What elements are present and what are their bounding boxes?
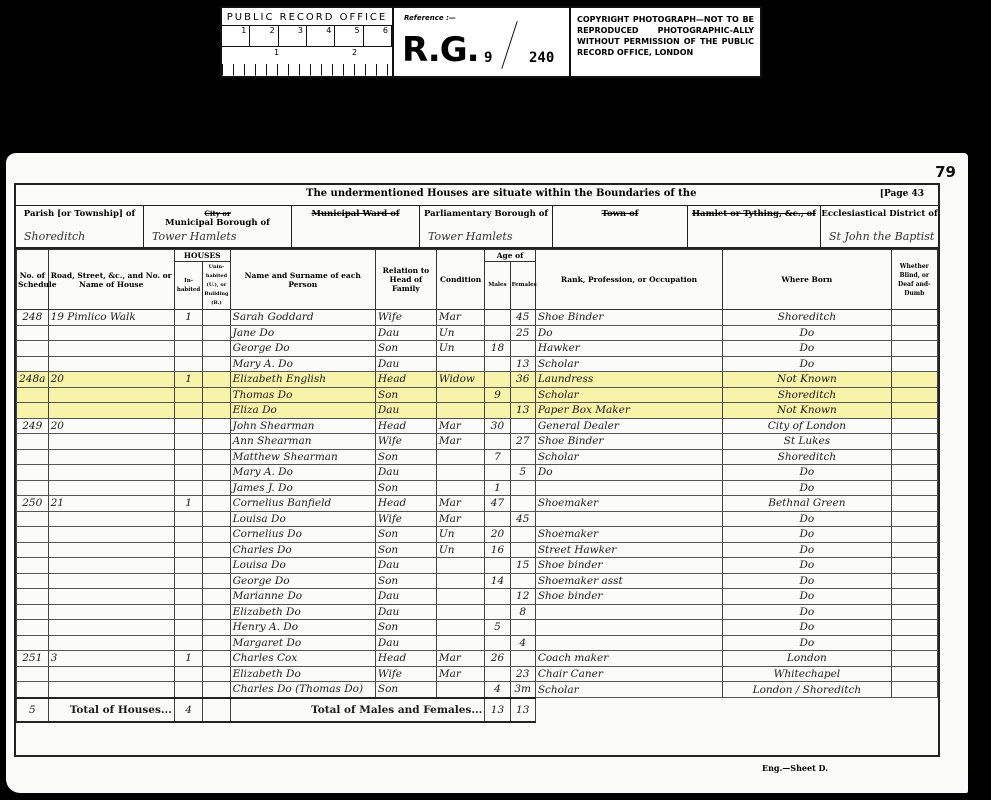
cell-relation: Dau bbox=[375, 558, 436, 574]
cell-schedule: 249 bbox=[17, 418, 49, 434]
cell-address bbox=[48, 387, 174, 403]
cell-schedule: 248 bbox=[17, 310, 49, 326]
table-row: Mary A. DoDau5DoDo bbox=[17, 465, 938, 481]
cell-schedule bbox=[17, 635, 49, 651]
cell-name: Mary A. Do bbox=[230, 356, 375, 372]
cell-born: Do bbox=[723, 341, 891, 357]
cell-blind bbox=[891, 480, 937, 496]
reference-series: R.G. bbox=[402, 30, 479, 70]
cell-name: Sarah Goddard bbox=[230, 310, 375, 326]
cell-address bbox=[48, 527, 174, 543]
table-row: Jane DoDauUn25DoDo bbox=[17, 325, 938, 341]
cell-relation: Dau bbox=[375, 465, 436, 481]
ruler-mark: 5 bbox=[335, 26, 363, 46]
reference-piece-2: 240 bbox=[529, 50, 554, 66]
cell-address bbox=[48, 449, 174, 465]
cell-blind bbox=[891, 403, 937, 419]
cell-occupation bbox=[535, 511, 722, 527]
ruler-mark: 3 bbox=[279, 26, 307, 46]
cell-occupation: Scholar bbox=[535, 449, 722, 465]
cell-blind bbox=[891, 310, 937, 326]
cell-blind bbox=[891, 635, 937, 651]
cell-address bbox=[48, 589, 174, 605]
cell-schedule bbox=[17, 480, 49, 496]
division-parish: Parish [or Township] of Shoreditch bbox=[16, 206, 144, 247]
cell-born: Do bbox=[723, 620, 891, 636]
division-label-struck: Town of bbox=[553, 209, 687, 219]
cell-relation: Son bbox=[375, 387, 436, 403]
col-age: Age of bbox=[485, 250, 536, 262]
cell-blind bbox=[891, 682, 937, 698]
cell-relation: Son bbox=[375, 449, 436, 465]
cell-blind bbox=[891, 434, 937, 450]
table-row: 24819 Pimlico Walk1Sarah GoddardWifeMar4… bbox=[17, 310, 938, 326]
cell-address bbox=[48, 573, 174, 589]
cell-schedule bbox=[17, 620, 49, 636]
cell-uninhabited bbox=[203, 682, 230, 698]
cell-inhabited bbox=[174, 480, 202, 496]
cell-occupation: Coach maker bbox=[535, 651, 722, 667]
cell-relation: Head bbox=[375, 372, 436, 388]
cell-occupation: Scholar bbox=[535, 682, 722, 698]
cell-age-male bbox=[485, 604, 510, 620]
cell-born: St Lukes bbox=[723, 434, 891, 450]
cell-age-male: 4 bbox=[485, 682, 510, 698]
cell-address: 21 bbox=[48, 496, 174, 512]
cell-occupation bbox=[535, 620, 722, 636]
cell-age-male: 18 bbox=[485, 341, 510, 357]
census-rows: 24819 Pimlico Walk1Sarah GoddardWifeMar4… bbox=[17, 310, 938, 698]
cell-age-female bbox=[510, 527, 535, 543]
cell-blind bbox=[891, 341, 937, 357]
cell-schedule bbox=[17, 449, 49, 465]
cell-occupation: Hawker bbox=[535, 341, 722, 357]
col-uninhabited: Unin-habited (U.), or Building (B.) bbox=[203, 262, 230, 310]
cell-inhabited bbox=[174, 356, 202, 372]
cell-born: London / Shoreditch bbox=[723, 682, 891, 698]
col-relation: Relation to Head of Family bbox=[375, 250, 436, 310]
cell-born: Bethnal Green bbox=[723, 496, 891, 512]
cell-age-female: 25 bbox=[510, 325, 535, 341]
division-label-struck: Municipal Ward of bbox=[292, 209, 419, 219]
cell-name: Matthew Shearman bbox=[230, 449, 375, 465]
cell-schedule bbox=[17, 465, 49, 481]
cell-born: City of London bbox=[723, 418, 891, 434]
col-condition: Condition bbox=[436, 250, 484, 310]
col-born: Where Born bbox=[723, 250, 891, 310]
cell-inhabited bbox=[174, 341, 202, 357]
ruler-mark: 4 bbox=[307, 26, 335, 46]
division-parliamentary: Parliamentary Borough of Tower Hamlets bbox=[420, 206, 553, 247]
cell-age-male bbox=[485, 325, 510, 341]
cell-inhabited bbox=[174, 573, 202, 589]
division-value: Tower Hamlets bbox=[428, 230, 512, 243]
cell-address bbox=[48, 356, 174, 372]
cell-occupation bbox=[535, 480, 722, 496]
cell-age-female bbox=[510, 620, 535, 636]
cell-address bbox=[48, 325, 174, 341]
cell-uninhabited bbox=[203, 666, 230, 682]
cell-blind bbox=[891, 449, 937, 465]
cell-address bbox=[48, 434, 174, 450]
col-blind: Whether Blind, or Deaf and-Dumb bbox=[891, 250, 937, 310]
cell-occupation bbox=[535, 635, 722, 651]
cell-schedule bbox=[17, 403, 49, 419]
ruler-mark: 1 bbox=[274, 48, 279, 57]
column-header-row: No. of Schedule Road, Street, &c., and N… bbox=[17, 250, 938, 262]
reference-label: Reference :— bbox=[404, 14, 456, 22]
cell-age-female: 5 bbox=[510, 465, 535, 481]
cell-occupation: General Dealer bbox=[535, 418, 722, 434]
col-houses: HOUSES bbox=[174, 250, 230, 262]
office-title: PUBLIC RECORD OFFICE bbox=[222, 8, 392, 26]
cell-relation: Head bbox=[375, 651, 436, 667]
cell-relation: Dau bbox=[375, 403, 436, 419]
cell-age-female: 27 bbox=[510, 434, 535, 450]
cell-blind bbox=[891, 356, 937, 372]
cell-age-female bbox=[510, 480, 535, 496]
table-row: 25131Charles CoxHeadMar26Coach makerLond… bbox=[17, 651, 938, 667]
cell-age-male: 1 bbox=[485, 480, 510, 496]
cell-condition bbox=[436, 620, 484, 636]
cell-address: 20 bbox=[48, 372, 174, 388]
cell-age-male bbox=[485, 666, 510, 682]
cell-born: Do bbox=[723, 356, 891, 372]
table-row: 248a201Elizabeth EnglishHeadWidow36Laund… bbox=[17, 372, 938, 388]
division-label: Parliamentary Borough of bbox=[420, 209, 552, 219]
cell-age-female bbox=[510, 449, 535, 465]
cell-occupation: Do bbox=[535, 465, 722, 481]
cell-uninhabited bbox=[203, 496, 230, 512]
totals-row: 5 Total of Houses... 4 Total of Males an… bbox=[17, 698, 938, 722]
cell-address bbox=[48, 465, 174, 481]
cell-age-male bbox=[485, 635, 510, 651]
cell-relation: Son bbox=[375, 341, 436, 357]
cell-born: Not Known bbox=[723, 403, 891, 419]
cell-born: Do bbox=[723, 511, 891, 527]
cell-condition bbox=[436, 480, 484, 496]
cell-schedule bbox=[17, 325, 49, 341]
cell-age-female: 12 bbox=[510, 589, 535, 605]
cell-name: Jane Do bbox=[230, 325, 375, 341]
cell-blind bbox=[891, 558, 937, 574]
cell-condition: Un bbox=[436, 341, 484, 357]
cell-inhabited: 1 bbox=[174, 496, 202, 512]
total-schedules: 5 bbox=[17, 698, 49, 722]
cell-name: Margaret Do bbox=[230, 635, 375, 651]
cell-blind bbox=[891, 372, 937, 388]
cell-born: Whitechapel bbox=[723, 666, 891, 682]
cell-inhabited bbox=[174, 682, 202, 698]
cell-age-female bbox=[510, 496, 535, 512]
cell-inhabited bbox=[174, 434, 202, 450]
table-row: Thomas DoSon9ScholarShoreditch bbox=[17, 387, 938, 403]
cell-name: Elizabeth Do bbox=[230, 604, 375, 620]
cell-name: Mary A. Do bbox=[230, 465, 375, 481]
cell-occupation: Shoemaker bbox=[535, 496, 722, 512]
division-ecclesiastical: Ecclesiastical District of St John the B… bbox=[821, 206, 938, 247]
ruler-top: 1 2 3 4 5 6 bbox=[222, 26, 392, 47]
cell-age-male: 16 bbox=[485, 542, 510, 558]
cell-born: London bbox=[723, 651, 891, 667]
cell-name: George Do bbox=[230, 573, 375, 589]
cell-born: Do bbox=[723, 465, 891, 481]
cell-name: Henry A. Do bbox=[230, 620, 375, 636]
col-schedule: No. of Schedule bbox=[17, 250, 49, 310]
cell-uninhabited bbox=[203, 403, 230, 419]
cell-age-male: 9 bbox=[485, 387, 510, 403]
table-row: Margaret DoDau4Do bbox=[17, 635, 938, 651]
cell-uninhabited bbox=[203, 635, 230, 651]
census-sheet: 79 The undermentioned Houses are situate… bbox=[6, 153, 968, 793]
cell-condition bbox=[436, 356, 484, 372]
cell-condition bbox=[436, 387, 484, 403]
cell-schedule bbox=[17, 604, 49, 620]
cell-age-male: 20 bbox=[485, 527, 510, 543]
cell-uninhabited bbox=[203, 527, 230, 543]
cell-inhabited bbox=[174, 325, 202, 341]
cell-age-female: 8 bbox=[510, 604, 535, 620]
cell-age-female: 13 bbox=[510, 356, 535, 372]
cell-address: 20 bbox=[48, 418, 174, 434]
cell-age-male bbox=[485, 372, 510, 388]
cell-condition bbox=[436, 403, 484, 419]
cell-blind bbox=[891, 325, 937, 341]
cell-uninhabited bbox=[203, 434, 230, 450]
cell-name: John Shearman bbox=[230, 418, 375, 434]
cell-address bbox=[48, 620, 174, 636]
cell-address bbox=[48, 403, 174, 419]
cell-inhabited: 1 bbox=[174, 372, 202, 388]
cell-name: Charles Cox bbox=[230, 651, 375, 667]
division-borough: City or Municipal Borough of Tower Hamle… bbox=[144, 206, 292, 247]
cell-occupation: Chair Caner bbox=[535, 666, 722, 682]
cell-uninhabited bbox=[203, 465, 230, 481]
division-hamlet: Hamlet or Tything, &c., of bbox=[688, 206, 821, 247]
table-row: Charles DoSonUn16Street HawkerDo bbox=[17, 542, 938, 558]
cell-uninhabited bbox=[203, 573, 230, 589]
cell-blind bbox=[891, 589, 937, 605]
total-persons-label: Total of Males and Females... bbox=[230, 698, 485, 722]
cell-condition bbox=[436, 635, 484, 651]
cell-relation: Son bbox=[375, 573, 436, 589]
cell-inhabited bbox=[174, 604, 202, 620]
cell-age-female bbox=[510, 387, 535, 403]
cell-relation: Head bbox=[375, 496, 436, 512]
cell-inhabited: 1 bbox=[174, 651, 202, 667]
cell-condition: Mar bbox=[436, 651, 484, 667]
cell-condition: Un bbox=[436, 542, 484, 558]
cell-age-female: 45 bbox=[510, 310, 535, 326]
cell-uninhabited bbox=[203, 356, 230, 372]
division-ward: Municipal Ward of bbox=[292, 206, 420, 247]
cell-uninhabited bbox=[203, 325, 230, 341]
census-table: No. of Schedule Road, Street, &c., and N… bbox=[16, 249, 938, 723]
cell-relation: Dau bbox=[375, 325, 436, 341]
cell-condition bbox=[436, 589, 484, 605]
cell-name: Cornelius Banfield bbox=[230, 496, 375, 512]
ruler-mark: 1 bbox=[222, 26, 250, 46]
cell-relation: Wife bbox=[375, 434, 436, 450]
cell-schedule bbox=[17, 542, 49, 558]
cell-age-male bbox=[485, 356, 510, 372]
total-females: 13 bbox=[510, 698, 535, 722]
cell-uninhabited bbox=[203, 620, 230, 636]
cell-name: James J. Do bbox=[230, 480, 375, 496]
cell-name: Elizabeth Do bbox=[230, 666, 375, 682]
cell-condition bbox=[436, 465, 484, 481]
cell-inhabited bbox=[174, 449, 202, 465]
cell-name: Louisa Do bbox=[230, 558, 375, 574]
cell-schedule bbox=[17, 511, 49, 527]
col-age-female: Females bbox=[510, 262, 535, 310]
cell-schedule bbox=[17, 666, 49, 682]
cell-relation: Dau bbox=[375, 635, 436, 651]
cell-address bbox=[48, 511, 174, 527]
cell-inhabited bbox=[174, 418, 202, 434]
slash-divider bbox=[501, 21, 517, 69]
cell-condition: Un bbox=[436, 527, 484, 543]
table-row: Marianne DoDau12Shoe binderDo bbox=[17, 589, 938, 605]
table-row: Elizabeth DoDau8Do bbox=[17, 604, 938, 620]
cell-born: Shoreditch bbox=[723, 387, 891, 403]
cell-occupation: Scholar bbox=[535, 387, 722, 403]
cell-schedule: 250 bbox=[17, 496, 49, 512]
totals-blank bbox=[535, 698, 937, 722]
cell-inhabited bbox=[174, 511, 202, 527]
cell-age-male: 47 bbox=[485, 496, 510, 512]
cell-born: Do bbox=[723, 635, 891, 651]
cell-age-female bbox=[510, 341, 535, 357]
cell-born: Not Known bbox=[723, 372, 891, 388]
cell-inhabited bbox=[174, 635, 202, 651]
cell-age-female: 23 bbox=[510, 666, 535, 682]
cell-condition: Mar bbox=[436, 511, 484, 527]
cell-schedule bbox=[17, 387, 49, 403]
cell-uninhabited bbox=[203, 589, 230, 605]
division-label: Parish [or Township] of bbox=[16, 209, 143, 219]
cell-uninhabited bbox=[203, 511, 230, 527]
cell-blind bbox=[891, 542, 937, 558]
table-row: George DoSon14Shoemaker asstDo bbox=[17, 573, 938, 589]
col-occupation: Rank, Profession, or Occupation bbox=[535, 250, 722, 310]
table-row: Charles Do (Thomas Do)Son43mScholarLondo… bbox=[17, 682, 938, 698]
cell-schedule: 248a bbox=[17, 372, 49, 388]
cell-uninhabited bbox=[203, 418, 230, 434]
cell-name: Cornelius Do bbox=[230, 527, 375, 543]
cell-name: Thomas Do bbox=[230, 387, 375, 403]
cell-occupation: Shoemaker asst bbox=[535, 573, 722, 589]
cell-occupation: Shoe binder bbox=[535, 589, 722, 605]
cell-condition: Mar bbox=[436, 666, 484, 682]
table-row: Eliza DoDau13Paper Box MakerNot Known bbox=[17, 403, 938, 419]
cell-age-male: 26 bbox=[485, 651, 510, 667]
cell-condition: Widow bbox=[436, 372, 484, 388]
cell-address bbox=[48, 682, 174, 698]
cell-condition: Mar bbox=[436, 496, 484, 512]
cell-age-male bbox=[485, 310, 510, 326]
cell-uninhabited bbox=[203, 449, 230, 465]
cell-age-female: 13 bbox=[510, 403, 535, 419]
col-address: Road, Street, &c., and No. or Name of Ho… bbox=[48, 250, 174, 310]
copyright-notice: COPYRIGHT PHOTOGRAPH—NOT TO BE REPRODUCE… bbox=[571, 8, 760, 76]
public-record-office-ruler: PUBLIC RECORD OFFICE 1 2 3 4 5 6 1 2 bbox=[222, 8, 394, 76]
reference-strip: PUBLIC RECORD OFFICE 1 2 3 4 5 6 1 2 Ref… bbox=[220, 6, 762, 78]
cell-name: Ann Shearman bbox=[230, 434, 375, 450]
cell-born: Do bbox=[723, 573, 891, 589]
sheet-footer: Eng.—Sheet D. bbox=[762, 763, 828, 773]
cell-name: George Do bbox=[230, 341, 375, 357]
cell-blind bbox=[891, 511, 937, 527]
cell-schedule bbox=[17, 356, 49, 372]
cell-occupation: Shoemaker bbox=[535, 527, 722, 543]
cell-name: Charles Do (Thomas Do) bbox=[230, 682, 375, 698]
cell-inhabited: 1 bbox=[174, 310, 202, 326]
cell-uninhabited bbox=[203, 480, 230, 496]
cell-age-male bbox=[485, 511, 510, 527]
cell-age-female: 45 bbox=[510, 511, 535, 527]
col-name: Name and Surname of each Person bbox=[230, 250, 375, 310]
cell-born: Do bbox=[723, 480, 891, 496]
cell-age-male bbox=[485, 403, 510, 419]
cell-schedule bbox=[17, 573, 49, 589]
cell-condition bbox=[436, 449, 484, 465]
cell-uninhabited bbox=[203, 310, 230, 326]
cell-blind bbox=[891, 387, 937, 403]
total-males: 13 bbox=[485, 698, 510, 722]
cell-born: Shoreditch bbox=[723, 310, 891, 326]
cell-age-female: 15 bbox=[510, 558, 535, 574]
cell-occupation: Shoe binder bbox=[535, 558, 722, 574]
cell-address bbox=[48, 604, 174, 620]
table-row: Cornelius DoSonUn20ShoemakerDo bbox=[17, 527, 938, 543]
table-row: Matthew ShearmanSon7ScholarShoreditch bbox=[17, 449, 938, 465]
cell-condition: Mar bbox=[436, 434, 484, 450]
cell-born: Do bbox=[723, 527, 891, 543]
cell-blind bbox=[891, 465, 937, 481]
cell-age-female bbox=[510, 418, 535, 434]
cell-blind bbox=[891, 496, 937, 512]
division-town: Town of bbox=[553, 206, 688, 247]
cell-relation: Dau bbox=[375, 356, 436, 372]
cell-condition: Mar bbox=[436, 418, 484, 434]
cell-schedule bbox=[17, 682, 49, 698]
cell-condition bbox=[436, 604, 484, 620]
cell-address: 19 Pimlico Walk bbox=[48, 310, 174, 326]
cell-inhabited bbox=[174, 387, 202, 403]
cell-born: Do bbox=[723, 542, 891, 558]
cell-schedule bbox=[17, 527, 49, 543]
cell-blind bbox=[891, 573, 937, 589]
cell-relation: Son bbox=[375, 527, 436, 543]
cell-relation: Dau bbox=[375, 589, 436, 605]
cell-name: Charles Do bbox=[230, 542, 375, 558]
cell-address bbox=[48, 542, 174, 558]
cell-age-male: 7 bbox=[485, 449, 510, 465]
table-row: 24920John ShearmanHeadMar30General Deale… bbox=[17, 418, 938, 434]
cell-uninhabited bbox=[203, 604, 230, 620]
cell-blind bbox=[891, 620, 937, 636]
cell-address bbox=[48, 666, 174, 682]
cell-born: Do bbox=[723, 325, 891, 341]
page-label: [Page 43 bbox=[880, 189, 924, 199]
census-form: The undermentioned Houses are situate wi… bbox=[14, 183, 940, 757]
table-row: 250211Cornelius BanfieldHeadMar47Shoemak… bbox=[17, 496, 938, 512]
division-value: St John the Baptist bbox=[829, 230, 934, 243]
division-label: Municipal Borough of bbox=[144, 218, 291, 228]
cell-age-female bbox=[510, 542, 535, 558]
table-row: Louisa DoWifeMar45Do bbox=[17, 511, 938, 527]
